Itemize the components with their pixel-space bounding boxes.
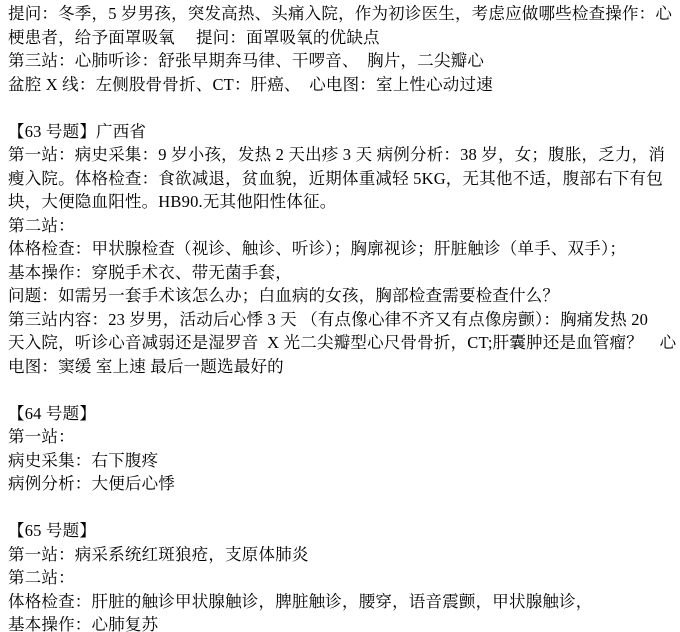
text-line: 块，大便隐血阳性。HB90.无其他阳性体征。 <box>8 190 676 214</box>
section-question-63: 【63 号题】广西省第一站：病史采集：9 岁小孩，发热 2 天出疹 3 天 病例… <box>8 120 676 379</box>
text-line: 提问：冬季，5 岁男孩，突发高热、头痛入院，作为初诊医生，考虑应做哪些检查操作：… <box>8 2 676 26</box>
text-line: 问题：如需另一套手术该怎么办；白血病的女孩，胸部检查需要检查什么？ <box>8 284 676 308</box>
text-line: 第三站：心肺听诊：舒张早期奔马律、干啰音、 胸片，二尖瓣心 <box>8 49 676 73</box>
text-line: 盆腔 X 线：左侧股骨骨折、CT：肝癌、 心电图：室上性心动过速 <box>8 73 676 97</box>
text-line: 病史采集：右下腹疼 <box>8 449 676 473</box>
text-line: 第一站： <box>8 425 676 449</box>
text-line: 病例分析：大便后心悸 <box>8 472 676 496</box>
text-line: 瘦入院。体格检查：食欲减退，贫血貌，近期体重减轻 5KG，无其他不适，腹部右下有… <box>8 167 676 191</box>
text-line: 【65 号题】 <box>8 519 676 543</box>
text-line: 【63 号题】广西省 <box>8 120 676 144</box>
section-question-65: 【65 号题】第一站：病采系统红斑狼疮，支原体肺炎第二站：体格检查：肝脏的触诊甲… <box>8 519 676 632</box>
text-line: 体格检查：肝脏的触诊甲状腺触诊，脾脏触诊，腰穿，语音震颤，甲状腺触诊， <box>8 590 676 614</box>
section-continued-notes: 提问：冬季，5 岁男孩，突发高热、头痛入院，作为初诊医生，考虑应做哪些检查操作：… <box>8 2 676 96</box>
document-page: 提问：冬季，5 岁男孩，突发高热、头痛入院，作为初诊医生，考虑应做哪些检查操作：… <box>0 0 680 632</box>
text-line: 天入院，听诊心音减弱还是湿罗音 X 光二尖瓣型心尺骨骨折，CT;肝囊肿还是血管瘤… <box>8 331 676 355</box>
text-line: 第一站：病采系统红斑狼疮，支原体肺炎 <box>8 543 676 567</box>
text-line: 【64 号题】 <box>8 402 676 426</box>
text-line: 第二站： <box>8 566 676 590</box>
text-line: 体格检查：甲状腺检查（视诊、触诊、听诊）；胸廓视诊；肝脏触诊（单手、双手）； <box>8 237 676 261</box>
text-line: 第一站：病史采集：9 岁小孩，发热 2 天出疹 3 天 病例分析：38 岁，女；… <box>8 143 676 167</box>
text-line: 电图：窦缓 室上速 最后一题选最好的 <box>8 355 676 379</box>
text-line: 基本操作：心肺复苏 <box>8 613 676 632</box>
section-question-64: 【64 号题】第一站：病史采集：右下腹疼病例分析：大便后心悸 <box>8 402 676 496</box>
text-line: 第二站： <box>8 214 676 238</box>
text-line: 梗患者，给予面罩吸氧 提问：面罩吸氧的优缺点 <box>8 26 676 50</box>
text-line: 基本操作：穿脱手术衣、带无菌手套， <box>8 261 676 285</box>
text-line: 第三站内容：23 岁男，活动后心悸 3 天 （有点像心律不齐又有点像房颤）：胸痛… <box>8 308 676 332</box>
